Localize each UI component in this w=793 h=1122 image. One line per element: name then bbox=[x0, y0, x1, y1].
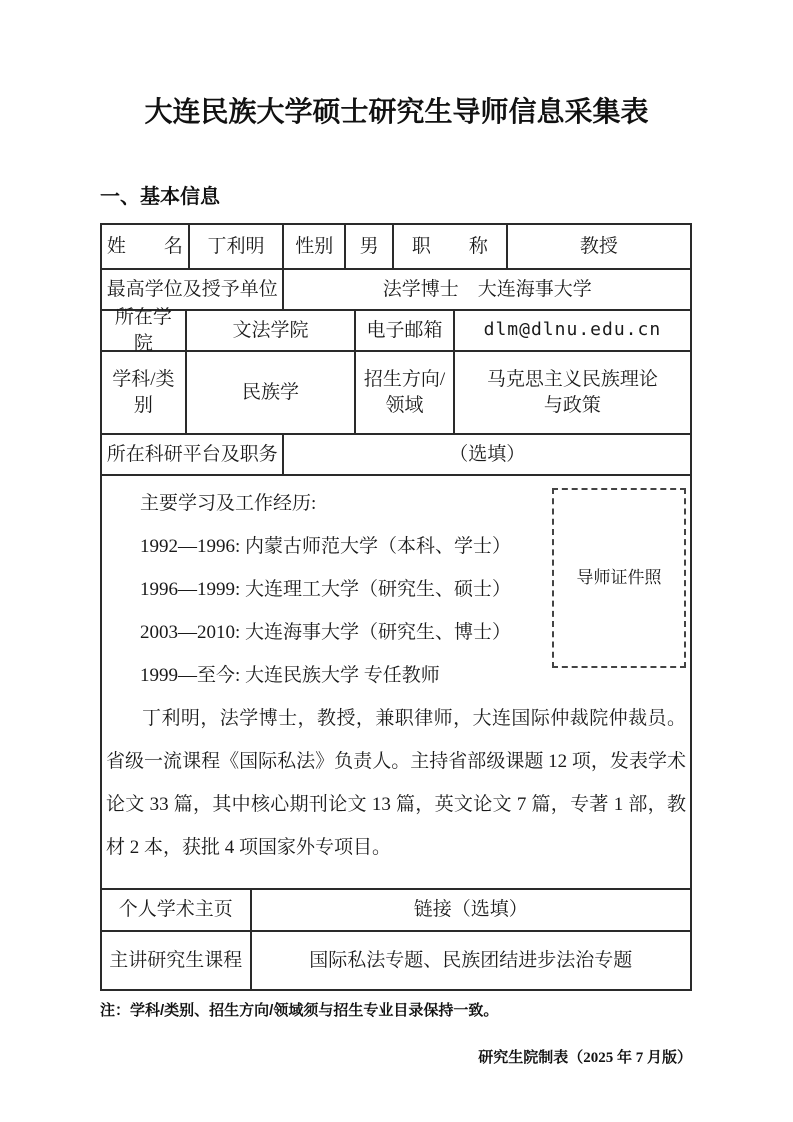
supervisor-info-table: 姓 名 丁利明 性别 男 职 称 教授 最高学位及授予单位 法学博士 大连海事大… bbox=[100, 223, 692, 991]
email-label: 电子邮箱 bbox=[356, 311, 455, 352]
supervisor-bio: 丁利明，法学博士，教授，兼职律师，大连国际仲裁院仲裁员。省级一流课程《国际私法》… bbox=[106, 697, 686, 869]
title-label: 职 称 bbox=[394, 225, 508, 270]
homepage-label: 个人学术主页 bbox=[102, 890, 252, 932]
table-row-platform: 所在科研平台及职务 （选填） bbox=[102, 435, 692, 476]
direction-label: 招生方向/ 领域 bbox=[356, 352, 455, 435]
courses-value: 国际私法专题、民族团结进步法治专题 bbox=[252, 932, 692, 991]
platform-label: 所在科研平台及职务 bbox=[102, 435, 284, 476]
college-label: 所在学院 bbox=[102, 311, 187, 352]
name-value: 丁利明 bbox=[190, 225, 285, 270]
table-row-homepage: 个人学术主页 链接（选填） bbox=[102, 890, 692, 932]
gender-value: 男 bbox=[346, 225, 394, 270]
table-row-courses: 主讲研究生课程 国际私法专题、民族团结进步法治专题 bbox=[102, 932, 692, 991]
supervisor-photo-placeholder: 导师证件照 bbox=[552, 488, 686, 668]
homepage-value: 链接（选填） bbox=[252, 890, 692, 932]
title-value: 教授 bbox=[508, 225, 692, 270]
footer-version: 研究生院制表（2025 年 7 月版） bbox=[0, 1046, 793, 1067]
email-value: dlm@dlnu.edu.cn bbox=[455, 311, 692, 352]
table-row-degree: 最高学位及授予单位 法学博士 大连海事大学 bbox=[102, 270, 692, 311]
name-label: 姓 名 bbox=[102, 225, 190, 270]
table-row-experience: 主要学习及工作经历: 1992—1996: 内蒙古师范大学（本科、学士） 199… bbox=[102, 476, 692, 890]
degree-value: 法学博士 大连海事大学 bbox=[284, 270, 692, 311]
college-value: 文法学院 bbox=[187, 311, 356, 352]
document-page: 大连民族大学硕士研究生导师信息采集表 一、基本信息 姓 名 丁利明 性别 男 职… bbox=[0, 0, 793, 1122]
experience-cell: 主要学习及工作经历: 1992—1996: 内蒙古师范大学（本科、学士） 199… bbox=[102, 476, 692, 890]
footnote: 注：学科/类别、招生方向/领域须与招生专业目录保持一致。 bbox=[100, 999, 793, 1020]
discipline-label: 学科/类 别 bbox=[102, 352, 187, 435]
section-heading-basic-info: 一、基本信息 bbox=[100, 180, 793, 209]
discipline-value: 民族学 bbox=[187, 352, 356, 435]
table-row-college-email: 所在学院 文法学院 电子邮箱 dlm@dlnu.edu.cn bbox=[102, 311, 692, 352]
platform-value: （选填） bbox=[284, 435, 692, 476]
page-title: 大连民族大学硕士研究生导师信息采集表 bbox=[0, 90, 793, 130]
direction-value: 马克思主义民族理论 与政策 bbox=[455, 352, 692, 435]
gender-label: 性别 bbox=[284, 225, 346, 270]
table-row-discipline-direction: 学科/类 别 民族学 招生方向/ 领域 马克思主义民族理论 与政策 bbox=[102, 352, 692, 435]
courses-label: 主讲研究生课程 bbox=[102, 932, 252, 991]
table-row-name-gender-title: 姓 名 丁利明 性别 男 职 称 教授 bbox=[102, 225, 692, 270]
